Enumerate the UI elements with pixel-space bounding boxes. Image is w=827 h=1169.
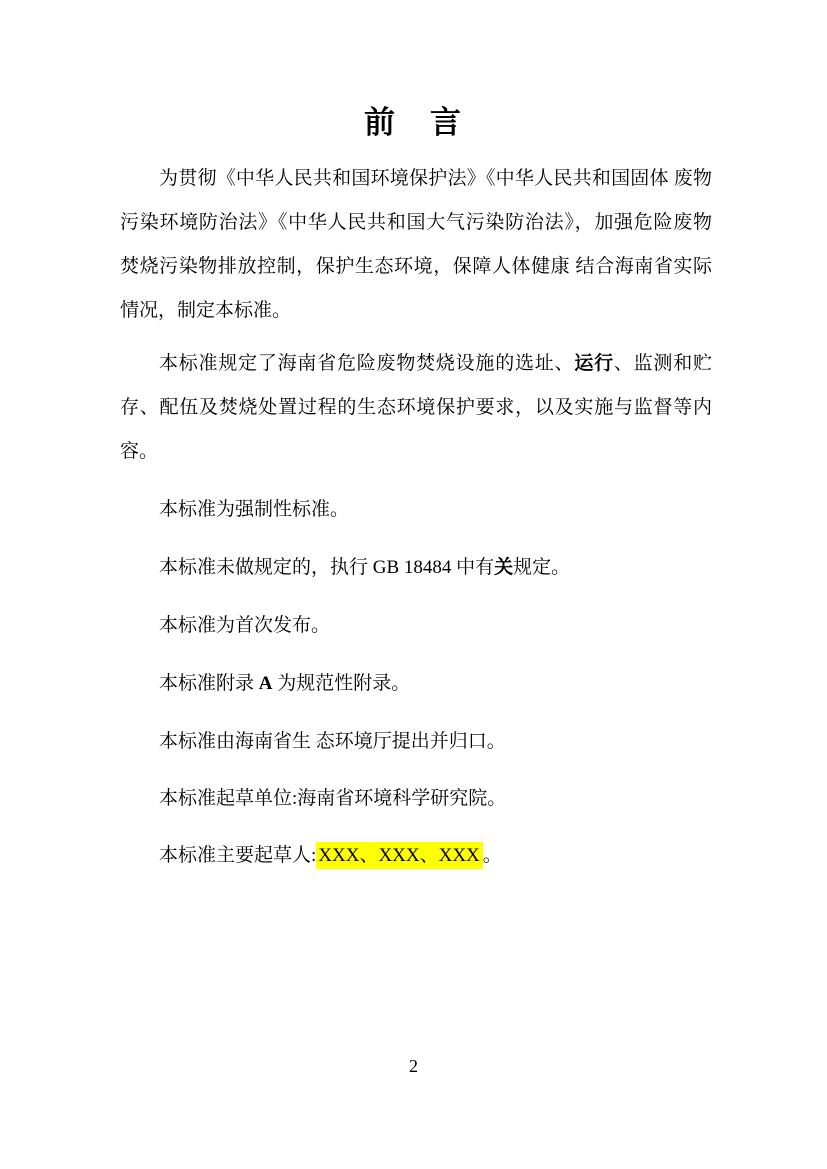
text-line: 容。 bbox=[120, 430, 712, 474]
text-segment: 、监测和贮 bbox=[614, 353, 712, 374]
text-segment: 。 bbox=[483, 845, 502, 866]
paragraph-intro: 为贯彻《中华人民共和国环境保护法》《中华人民共和国固体 废物 污染环境防治法》《… bbox=[120, 157, 712, 333]
text-segment: 本标准主要起草人: bbox=[159, 845, 316, 866]
text-segment: 本标准未做规定的，执行 GB 18484 中有 bbox=[159, 557, 494, 578]
highlighted-text: XXX、XXX、XXX bbox=[316, 842, 483, 869]
text-line: 污染环境防治法》《中华人民共和国大气污染防治法》，加强危险废物 bbox=[120, 201, 712, 245]
page-title: 前 言 bbox=[0, 101, 827, 145]
paragraph-mandatory: 本标准为强制性标准。 bbox=[120, 497, 712, 523]
text-line: 焚烧污染物排放控制，保护生态环境，保障人体健康 结合海南省实际 bbox=[120, 245, 712, 289]
text-line: 情况，制定本标准。 bbox=[120, 289, 712, 333]
bold-text: 运行 bbox=[574, 353, 614, 374]
text-segment: 本标准附录 bbox=[159, 673, 259, 694]
paragraph-drafters: 本标准主要起草人:XXX、XXX、XXX。 bbox=[120, 843, 712, 869]
text-segment: 本标准规定了海南省危险废物焚烧设施的选址、 bbox=[159, 353, 574, 374]
page-number: 2 bbox=[0, 1053, 827, 1079]
paragraph-scope: 本标准规定了海南省危险废物焚烧设施的选址、运行、监测和贮 存、配伍及焚烧处置过程… bbox=[120, 342, 712, 474]
document-page: 前 言 为贯彻《中华人民共和国环境保护法》《中华人民共和国固体 废物 污染环境防… bbox=[0, 0, 827, 1169]
paragraph-gb-reference: 本标准未做规定的，执行 GB 18484 中有关规定。 bbox=[120, 555, 712, 581]
paragraph-proposer: 本标准由海南省生 态环境厅提出并归口。 bbox=[120, 729, 712, 755]
paragraph-first-issue: 本标准为首次发布。 bbox=[120, 613, 712, 639]
paragraph-appendix: 本标准附录 A 为规范性附录。 bbox=[120, 671, 712, 697]
bold-text: A bbox=[259, 673, 273, 694]
bold-text: 关 bbox=[494, 557, 513, 578]
text-line: 存、配伍及焚烧处置过程的生态环境保护要求，以及实施与监督等内 bbox=[120, 386, 712, 430]
paragraph-drafting-unit: 本标准起草单位:海南省环境科学研究院。 bbox=[120, 786, 712, 812]
text-line: 为贯彻《中华人民共和国环境保护法》《中华人民共和国固体 废物 bbox=[120, 157, 712, 201]
text-line: 本标准规定了海南省危险废物焚烧设施的选址、运行、监测和贮 bbox=[120, 342, 712, 386]
text-segment: 为规范性附录。 bbox=[273, 673, 411, 694]
text-segment: 规定。 bbox=[513, 557, 570, 578]
